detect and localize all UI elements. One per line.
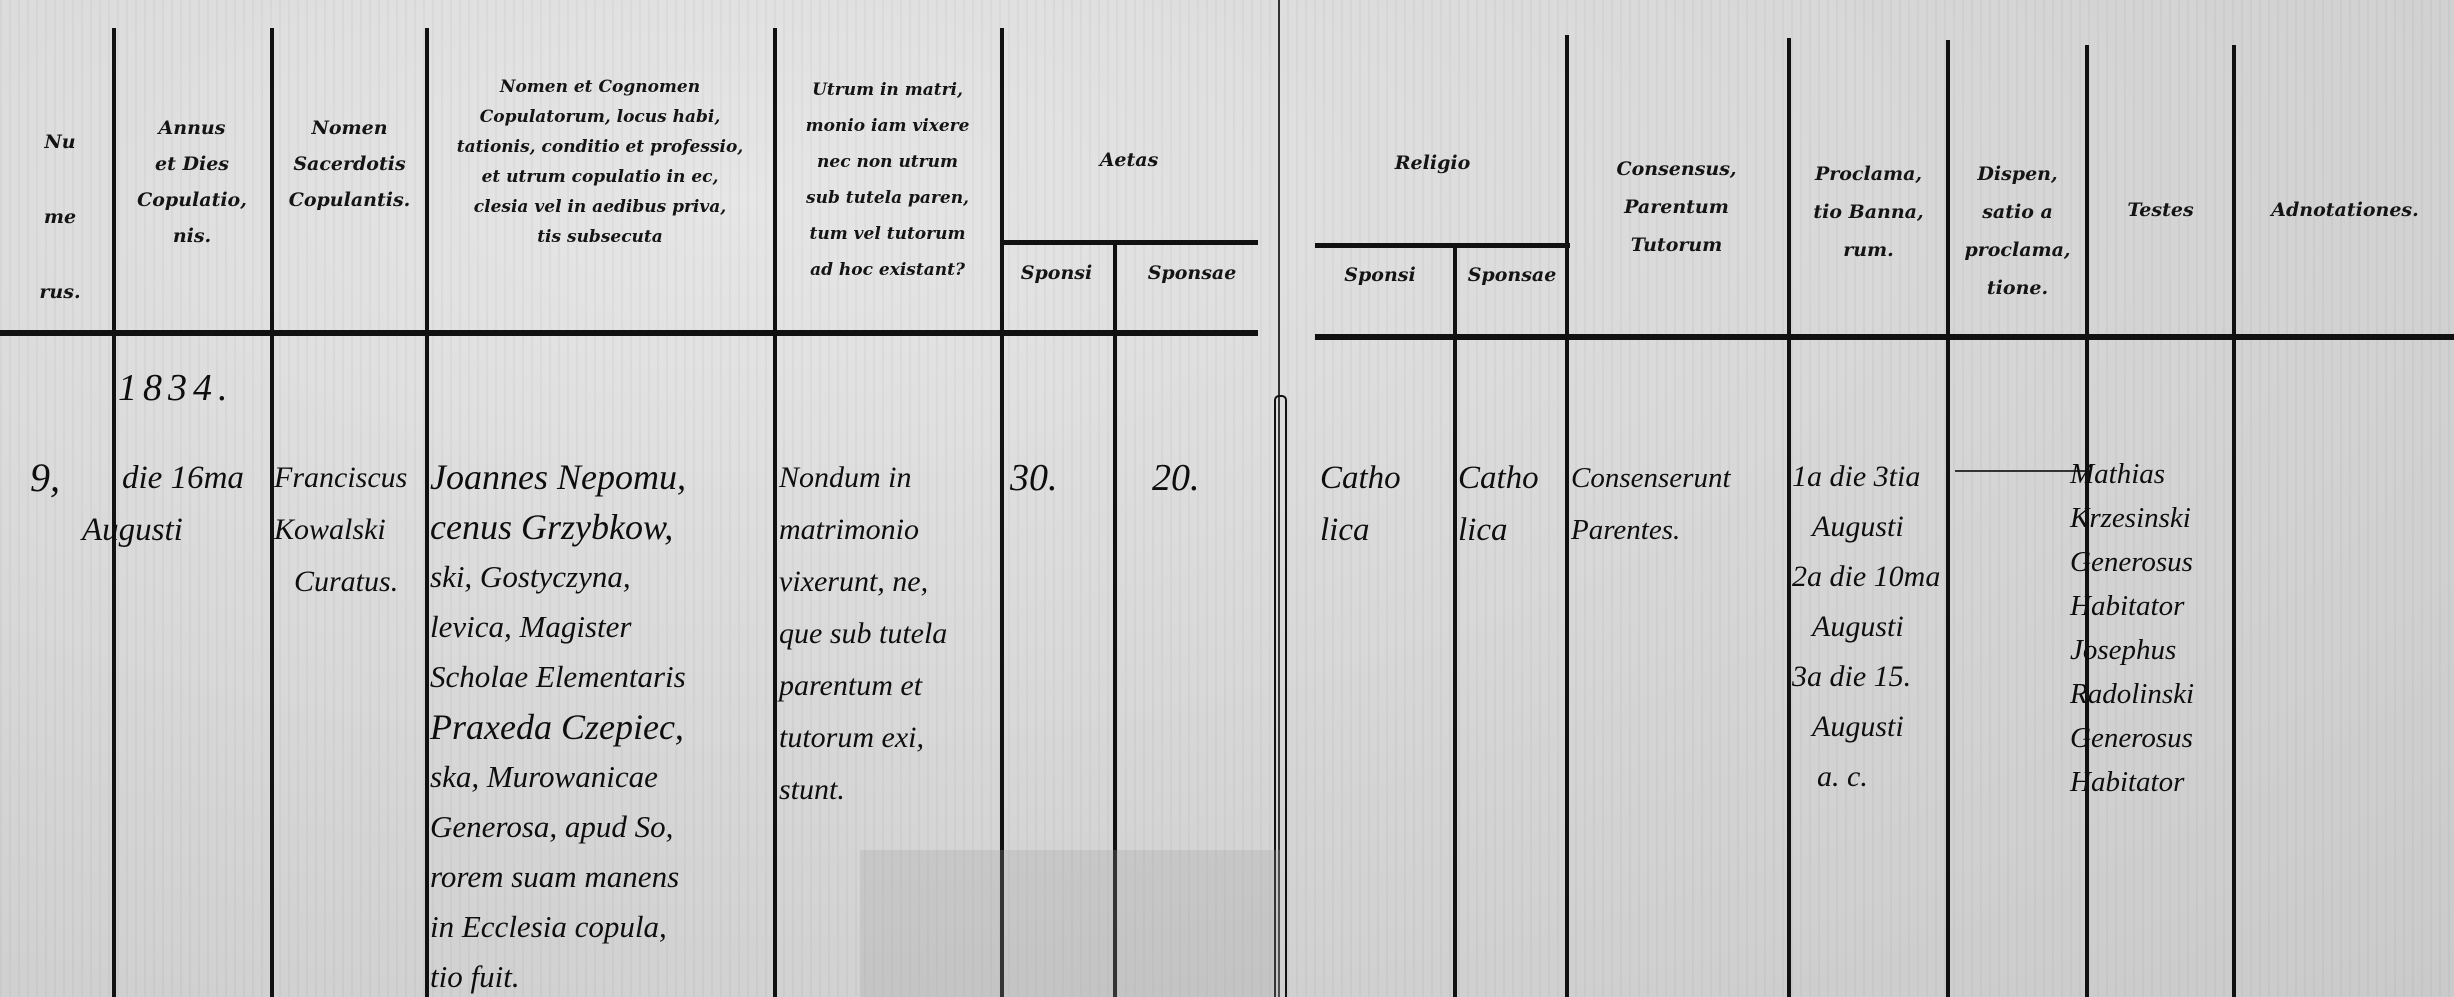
entry-testes: Mathias Krzesinski Generosus Habitator J…: [2070, 452, 2194, 804]
entry-line: a. c.: [1792, 752, 1940, 802]
header-line: Copulatorum, locus habi,: [427, 102, 773, 132]
entry-line: ski, Gostyczyna,: [430, 552, 686, 602]
header-line: Annus: [112, 110, 272, 146]
entry-line: Generosus: [2070, 540, 2194, 584]
entry-line: levica, Magister: [430, 602, 686, 652]
header-line: sub tutela paren,: [775, 180, 1000, 216]
entry-line: lica: [1458, 504, 1539, 556]
header-line: nis.: [112, 218, 272, 254]
header-aetas-sponsae: Sponsae: [1117, 258, 1267, 289]
entry-line: Generosus: [2070, 716, 2194, 760]
entry-matrimonium: Nondum in matrimonio vixerunt, ne, que s…: [779, 452, 947, 816]
entry-dispensatio: [1955, 470, 2085, 472]
entry-line: Josephus: [2070, 628, 2194, 672]
entry-line: Kowalski: [274, 504, 407, 556]
header-line: ad hoc existant?: [775, 252, 1000, 288]
entry-line: Augusti: [1792, 702, 1940, 752]
entry-year: 1834.: [118, 362, 234, 414]
header-line: me: [20, 180, 100, 255]
header-religio: Religio: [1300, 148, 1565, 179]
entry-line: Joannes Nepomu,: [430, 452, 686, 502]
header-line: tationis, conditio et professio,: [427, 132, 773, 162]
header-line: tum vel tutorum: [775, 216, 1000, 252]
entry-line: 3a die 15.: [1792, 652, 1940, 702]
register-page: Nu me rus. Annus et Dies Copulatio, nis.…: [0, 0, 2454, 997]
header-line: Tutorum: [1569, 226, 1784, 264]
header-line: rus.: [20, 255, 100, 330]
header-line: Copulantis.: [272, 182, 427, 218]
religio-subheader-rule: [1315, 243, 1570, 248]
header-line: tio Banna,: [1791, 193, 1946, 231]
header-line: monio iam vixere: [775, 108, 1000, 144]
entry-line: Habitator: [2070, 760, 2194, 804]
entry-line: Krzesinski: [2070, 496, 2194, 540]
entry-line: Catho: [1458, 452, 1539, 504]
header-numerus: Nu me rus.: [20, 105, 100, 330]
header-line: Sacerdotis: [272, 146, 427, 182]
entry-religio-sponsi: Catho lica: [1320, 452, 1401, 556]
entry-line: Franciscus: [274, 452, 407, 504]
entry-line: Curatus.: [274, 556, 407, 608]
header-line: Nomen et Cognomen: [427, 72, 773, 102]
entry-line: Augusti: [1792, 502, 1940, 552]
header-line: nec non utrum: [775, 144, 1000, 180]
entry-line: Habitator: [2070, 584, 2194, 628]
header-aetas: Aetas: [1000, 145, 1258, 176]
entry-line: que sub tutela: [779, 608, 947, 660]
entry-line: Nondum in: [779, 452, 947, 504]
header-line: Dispen,: [1950, 155, 2085, 193]
faded-area: [860, 850, 1280, 997]
entry-line: 1a die 3tia: [1792, 452, 1940, 502]
header-religio-sponsi: Sponsi: [1310, 260, 1450, 291]
header-proclamatio: Proclama, tio Banna, rum.: [1791, 155, 1946, 269]
header-line: proclama,: [1950, 231, 2085, 269]
entry-proclamatio: 1a die 3tia Augusti 2a die 10ma Augusti …: [1792, 452, 1940, 802]
header-religio-sponsae: Sponsae: [1457, 260, 1567, 291]
entry-sacerdos: Franciscus Kowalski Curatus.: [274, 452, 407, 608]
header-line: Copulatio,: [112, 182, 272, 218]
entry-line: vixerunt, ne,: [779, 556, 947, 608]
header-line: Nomen: [272, 110, 427, 146]
entry-line: Augusti: [82, 504, 244, 556]
header-line: clesia vel in aedibus priva,: [427, 192, 773, 222]
header-line: tis subsecuta: [427, 222, 773, 252]
entry-aetas-sponsi: 30.: [1010, 452, 1058, 504]
entry-line: tio fuit.: [430, 952, 686, 997]
entry-consensus: Consenserunt Parentes.: [1571, 452, 1731, 556]
header-bottom-rule-left: [0, 330, 1258, 336]
entry-line: stunt.: [779, 764, 947, 816]
header-line: satio a: [1950, 193, 2085, 231]
header-line: Proclama,: [1791, 155, 1946, 193]
header-aetas-sponsi: Sponsi: [1000, 258, 1113, 289]
entry-copulati: Joannes Nepomu, cenus Grzybkow, ski, Gos…: [430, 452, 686, 997]
entry-line: matrimonio: [779, 504, 947, 556]
aetas-subheader-rule: [1000, 240, 1258, 245]
entry-line: in Ecclesia copula,: [430, 902, 686, 952]
header-line: et Dies: [112, 146, 272, 182]
entry-line: Consenserunt: [1571, 452, 1731, 504]
entry-line: Scholae Elementaris: [430, 652, 686, 702]
entry-line: lica: [1320, 504, 1401, 556]
entry-line: Augusti: [1792, 602, 1940, 652]
header-copulati: Nomen et Cognomen Copulatorum, locus hab…: [427, 72, 773, 252]
header-sacerdos: Nomen Sacerdotis Copulantis.: [272, 110, 427, 218]
header-testes: Testes: [2089, 195, 2232, 226]
entry-aetas-sponsae: 20.: [1152, 452, 1200, 504]
header-line: et utrum copulatio in ec,: [427, 162, 773, 192]
header-matrimonium: Utrum in matri, monio iam vixere nec non…: [775, 72, 1000, 288]
header-line: Consensus,: [1569, 150, 1784, 188]
entry-line: rorem suam manens: [430, 852, 686, 902]
entry-line: Generosa, apud So,: [430, 802, 686, 852]
entry-line: 2a die 10ma: [1792, 552, 1940, 602]
column-rule: [1453, 245, 1457, 997]
entry-religio-sponsae: Catho lica: [1458, 452, 1539, 556]
entry-line: cenus Grzybkow,: [430, 502, 686, 552]
column-rule: [2232, 45, 2236, 997]
header-line: Parentum: [1569, 188, 1784, 226]
entry-numerus: 9,: [30, 452, 60, 504]
entry-line: Radolinski: [2070, 672, 2194, 716]
header-consensus: Consensus, Parentum Tutorum: [1569, 150, 1784, 264]
entry-line: tutorum exi,: [779, 712, 947, 764]
header-line: Utrum in matri,: [775, 72, 1000, 108]
entry-line: ska, Murowanicae: [430, 752, 686, 802]
header-line: rum.: [1791, 231, 1946, 269]
entry-line: Parentes.: [1571, 504, 1731, 556]
entry-date: die 16ma Augusti: [82, 452, 244, 556]
entry-line: die 16ma: [82, 452, 244, 504]
header-annus: Annus et Dies Copulatio, nis.: [112, 110, 272, 254]
header-adnotationes: Adnotationes.: [2236, 195, 2454, 226]
header-line: tione.: [1950, 269, 2085, 307]
entry-line: parentum et: [779, 660, 947, 712]
header-line: Nu: [20, 105, 100, 180]
entry-line: Catho: [1320, 452, 1401, 504]
header-dispensatio: Dispen, satio a proclama, tione.: [1950, 155, 2085, 307]
header-bottom-rule-right: [1315, 334, 2454, 340]
entry-line: Mathias: [2070, 452, 2194, 496]
entry-line: Praxeda Czepiec,: [430, 702, 686, 752]
